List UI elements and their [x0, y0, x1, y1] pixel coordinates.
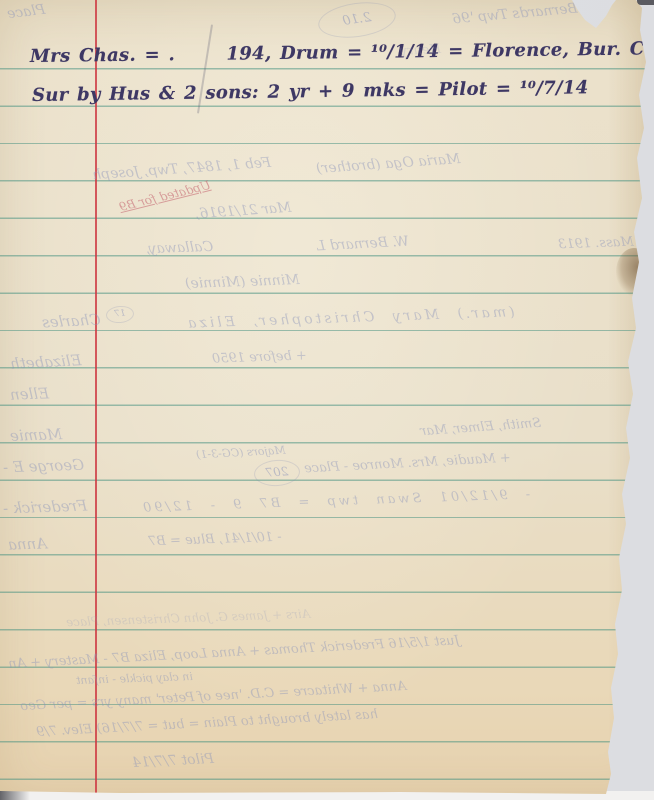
ghost-text: Elizabeth [10, 353, 82, 372]
scanned-page: Mrs Chas. = . 194, Drum = ¹⁰/1/14 = Flor… [0, 0, 654, 800]
scanner-shadow [0, 791, 30, 800]
ghost-text: Place [6, 3, 46, 22]
ghost-text: George E - [3, 458, 85, 476]
ghost-text: Minnie (Minnie) [185, 273, 300, 291]
ghost-text: Frederick - [3, 499, 88, 517]
stain [616, 248, 652, 296]
handwriting-line-1: Mrs Chas. = . 194, Drum = ¹⁰/1/14 = Flor… [30, 40, 654, 66]
ghost-text: Pilot 7/7/14 [132, 752, 215, 770]
page-edge-shadow [637, 0, 654, 5]
ghost-text: Charles [42, 312, 101, 330]
ghost-text: Mass. 1913 [558, 236, 634, 252]
ghost-text: Callaway, [146, 240, 214, 256]
ghost-text: Henry [400, 43, 442, 58]
ghost-text: Ellen [10, 386, 50, 402]
notebook-paper: Mrs Chas. = . 194, Drum = ¹⁰/1/14 = Flor… [0, 0, 654, 800]
ghost-oval-stamp: 2.10 [316, 0, 398, 42]
ghost-text: Anna [8, 536, 48, 552]
ghost-text: Bernards Twp '96 [452, 2, 579, 27]
ghost-text: + before 1950 [212, 349, 307, 365]
ghost-text: Mamie [10, 427, 63, 444]
